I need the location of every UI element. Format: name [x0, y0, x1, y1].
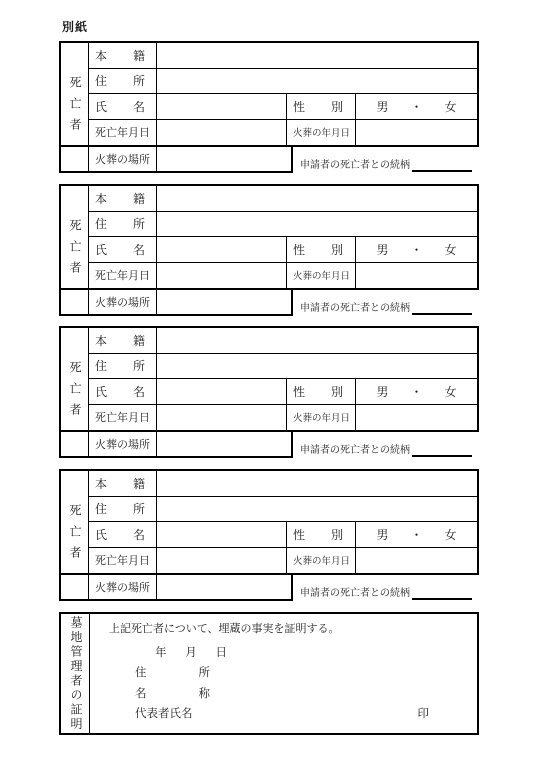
deceased-table: 本籍 住所 氏名 性別 男・女 死亡年月日 火葬の年月日 [59, 184, 479, 290]
deceased-block-3: 本籍 住所 氏名 性別 男・女 死亡年月日 火葬の年月日 火葬の場所 死亡者 申… [59, 326, 479, 458]
deceased-table: 本籍 住所 氏名 性別 男・女 死亡年月日 火葬の年月日 [59, 326, 479, 432]
sex-options-cell: 男・女 [356, 94, 477, 120]
sex-label: 性別 [293, 526, 343, 543]
certification-date-line: 年月日 [155, 643, 477, 664]
address-value-cell [157, 354, 477, 380]
address-label-cell: 住所 [89, 212, 157, 238]
relationship-label: 申請者の死亡者との続柄 [300, 156, 410, 172]
cremation-date-label: 火葬の年月日 [293, 410, 350, 424]
death-date-label-cell: 死亡年月日 [89, 263, 157, 289]
cremation-place-value-cell [157, 147, 291, 171]
certification-name-line: 名称 [135, 684, 477, 705]
deceased-side-label: 死亡者 [61, 41, 89, 173]
deceased-table: 本籍 住所 氏名 性別 男・女 死亡年月日 火葬の年月日 [59, 469, 479, 575]
domicile-label: 本籍 [95, 190, 145, 207]
relationship-line: 申請者の死亡者との続柄 [300, 575, 472, 600]
domicile-value-cell [157, 471, 477, 497]
address-label: 住所 [95, 500, 145, 517]
attachment-label: 別紙 [62, 18, 88, 35]
domicile-label-cell: 本籍 [89, 471, 157, 497]
domicile-label: 本籍 [95, 47, 145, 64]
domicile-label-cell: 本籍 [89, 186, 157, 212]
address-value-cell [157, 69, 477, 95]
name-value-cell [157, 379, 287, 405]
name-label: 氏名 [95, 241, 145, 258]
name-value-cell [157, 237, 287, 263]
relationship-line: 申請者の死亡者との続柄 [300, 147, 472, 172]
sex-options: 男・女 [377, 241, 457, 258]
domicile-label-cell: 本籍 [89, 43, 157, 69]
cremation-place-value-cell [157, 575, 291, 599]
sex-label: 性別 [293, 241, 343, 258]
sex-options-cell: 男・女 [356, 522, 477, 548]
cremation-date-label: 火葬の年月日 [293, 125, 350, 139]
name-label: 氏名 [95, 98, 145, 115]
cremation-place-label-cell: 火葬の場所 [89, 147, 157, 171]
cremation-place-label-cell: 火葬の場所 [89, 290, 157, 314]
address-label-cell: 住所 [89, 69, 157, 95]
certification-address-label: 住所 [135, 663, 210, 684]
deceased-block-2: 本籍 住所 氏名 性別 男・女 死亡年月日 火葬の年月日 火葬の場所 死亡者 申… [59, 184, 479, 316]
seal-label: 印 [418, 704, 430, 725]
cremation-place-value-cell [157, 290, 291, 314]
name-label: 氏名 [95, 383, 145, 400]
sex-options: 男・女 [377, 526, 457, 543]
relationship-line: 申請者の死亡者との続柄 [300, 432, 472, 457]
relationship-underline [412, 598, 472, 600]
cremation-place-label-cell: 火葬の場所 [89, 575, 157, 599]
name-value-cell [157, 522, 287, 548]
cremation-date-label: 火葬の年月日 [293, 553, 350, 567]
deceased-block-4: 本籍 住所 氏名 性別 男・女 死亡年月日 火葬の年月日 火葬の場所 死亡者 申… [59, 469, 479, 601]
death-date-value-cell [157, 120, 287, 146]
cremation-place-label: 火葬の場所 [95, 294, 150, 310]
domicile-value-cell [157, 328, 477, 354]
death-date-value-cell [157, 263, 287, 289]
relationship-underline [412, 170, 472, 172]
form-page: 別紙 本籍 住所 氏名 性別 男・女 死亡年月日 火葬の年月日 火葬の場所 死亡… [0, 0, 543, 765]
cremation-place-label: 火葬の場所 [95, 579, 150, 595]
address-label: 住所 [95, 215, 145, 232]
sex-label-cell: 性別 [287, 237, 356, 263]
certification-block: 墓地管理者の証明 上記死亡者について、埋蔵の事実を証明する。 年月日 住所 名称… [59, 612, 479, 735]
domicile-label: 本籍 [95, 475, 145, 492]
domicile-value-cell [157, 186, 477, 212]
domicile-value-cell [157, 43, 477, 69]
death-date-label-cell: 死亡年月日 [89, 120, 157, 146]
certification-statement: 上記死亡者について、埋蔵の事実を証明する。 [109, 619, 477, 640]
sex-options: 男・女 [377, 383, 457, 400]
representative-name-label: 代表者氏名 [135, 704, 193, 725]
date-fields-label: 年月日 [155, 643, 227, 664]
cremation-place-label: 火葬の場所 [95, 436, 150, 452]
address-label: 住所 [95, 357, 145, 374]
relationship-label: 申請者の死亡者との続柄 [300, 441, 410, 457]
certification-name-label: 名称 [135, 684, 210, 705]
deceased-block-1: 本籍 住所 氏名 性別 男・女 死亡年月日 火葬の年月日 火葬の場所 死亡者 申… [59, 41, 479, 173]
cremation-place-label: 火葬の場所 [95, 151, 150, 167]
death-date-value-cell [157, 548, 287, 574]
deceased-side-label: 死亡者 [61, 469, 89, 601]
relationship-line: 申請者の死亡者との続柄 [300, 290, 472, 315]
cremation-place-row: 火葬の場所 [59, 147, 293, 173]
death-date-label-cell: 死亡年月日 [89, 548, 157, 574]
domicile-label-cell: 本籍 [89, 328, 157, 354]
name-label-cell: 氏名 [89, 237, 157, 263]
death-date-label: 死亡年月日 [95, 267, 150, 283]
cremation-date-value-cell [356, 548, 477, 574]
certification-address-line: 住所 [135, 663, 477, 684]
deceased-table: 本籍 住所 氏名 性別 男・女 死亡年月日 火葬の年月日 [59, 41, 479, 147]
cremation-date-value-cell [356, 405, 477, 431]
address-value-cell [157, 497, 477, 523]
deceased-side-label: 死亡者 [61, 184, 89, 316]
name-label-cell: 氏名 [89, 379, 157, 405]
sex-label-cell: 性別 [287, 94, 356, 120]
death-date-label: 死亡年月日 [95, 552, 150, 568]
deceased-side-label: 死亡者 [61, 326, 89, 458]
sex-label: 性別 [293, 98, 343, 115]
relationship-underline [412, 455, 472, 457]
cremation-place-row: 火葬の場所 [59, 575, 293, 601]
cremation-date-value-cell [356, 263, 477, 289]
address-label: 住所 [95, 72, 145, 89]
certification-representative-line: 代表者氏名 印 [135, 704, 477, 725]
death-date-label: 死亡年月日 [95, 124, 150, 140]
cremation-date-label-cell: 火葬の年月日 [287, 548, 356, 574]
death-date-label: 死亡年月日 [95, 409, 150, 425]
domicile-label: 本籍 [95, 332, 145, 349]
sex-options-cell: 男・女 [356, 237, 477, 263]
cremation-place-row: 火葬の場所 [59, 290, 293, 316]
cremation-date-label: 火葬の年月日 [293, 268, 350, 282]
cremation-place-label-cell: 火葬の場所 [89, 432, 157, 456]
cremation-date-value-cell [356, 120, 477, 146]
sex-label: 性別 [293, 383, 343, 400]
relationship-label: 申請者の死亡者との続柄 [300, 584, 410, 600]
death-date-value-cell [157, 405, 287, 431]
sex-options-cell: 男・女 [356, 379, 477, 405]
name-label-cell: 氏名 [89, 94, 157, 120]
address-label-cell: 住所 [89, 497, 157, 523]
cremation-date-label-cell: 火葬の年月日 [287, 263, 356, 289]
sex-options: 男・女 [377, 98, 457, 115]
relationship-label: 申請者の死亡者との続柄 [300, 299, 410, 315]
cremation-place-value-cell [157, 432, 291, 456]
sex-label-cell: 性別 [287, 379, 356, 405]
name-label-cell: 氏名 [89, 522, 157, 548]
sex-label-cell: 性別 [287, 522, 356, 548]
certification-body: 上記死亡者について、埋蔵の事実を証明する。 年月日 住所 名称 代表者氏名 印 [90, 614, 477, 733]
name-label: 氏名 [95, 526, 145, 543]
relationship-underline [412, 313, 472, 315]
cremation-date-label-cell: 火葬の年月日 [287, 120, 356, 146]
cremation-date-label-cell: 火葬の年月日 [287, 405, 356, 431]
name-value-cell [157, 94, 287, 120]
address-value-cell [157, 212, 477, 238]
death-date-label-cell: 死亡年月日 [89, 405, 157, 431]
cremation-place-row: 火葬の場所 [59, 432, 293, 458]
certification-side-label: 墓地管理者の証明 [61, 614, 90, 733]
address-label-cell: 住所 [89, 354, 157, 380]
